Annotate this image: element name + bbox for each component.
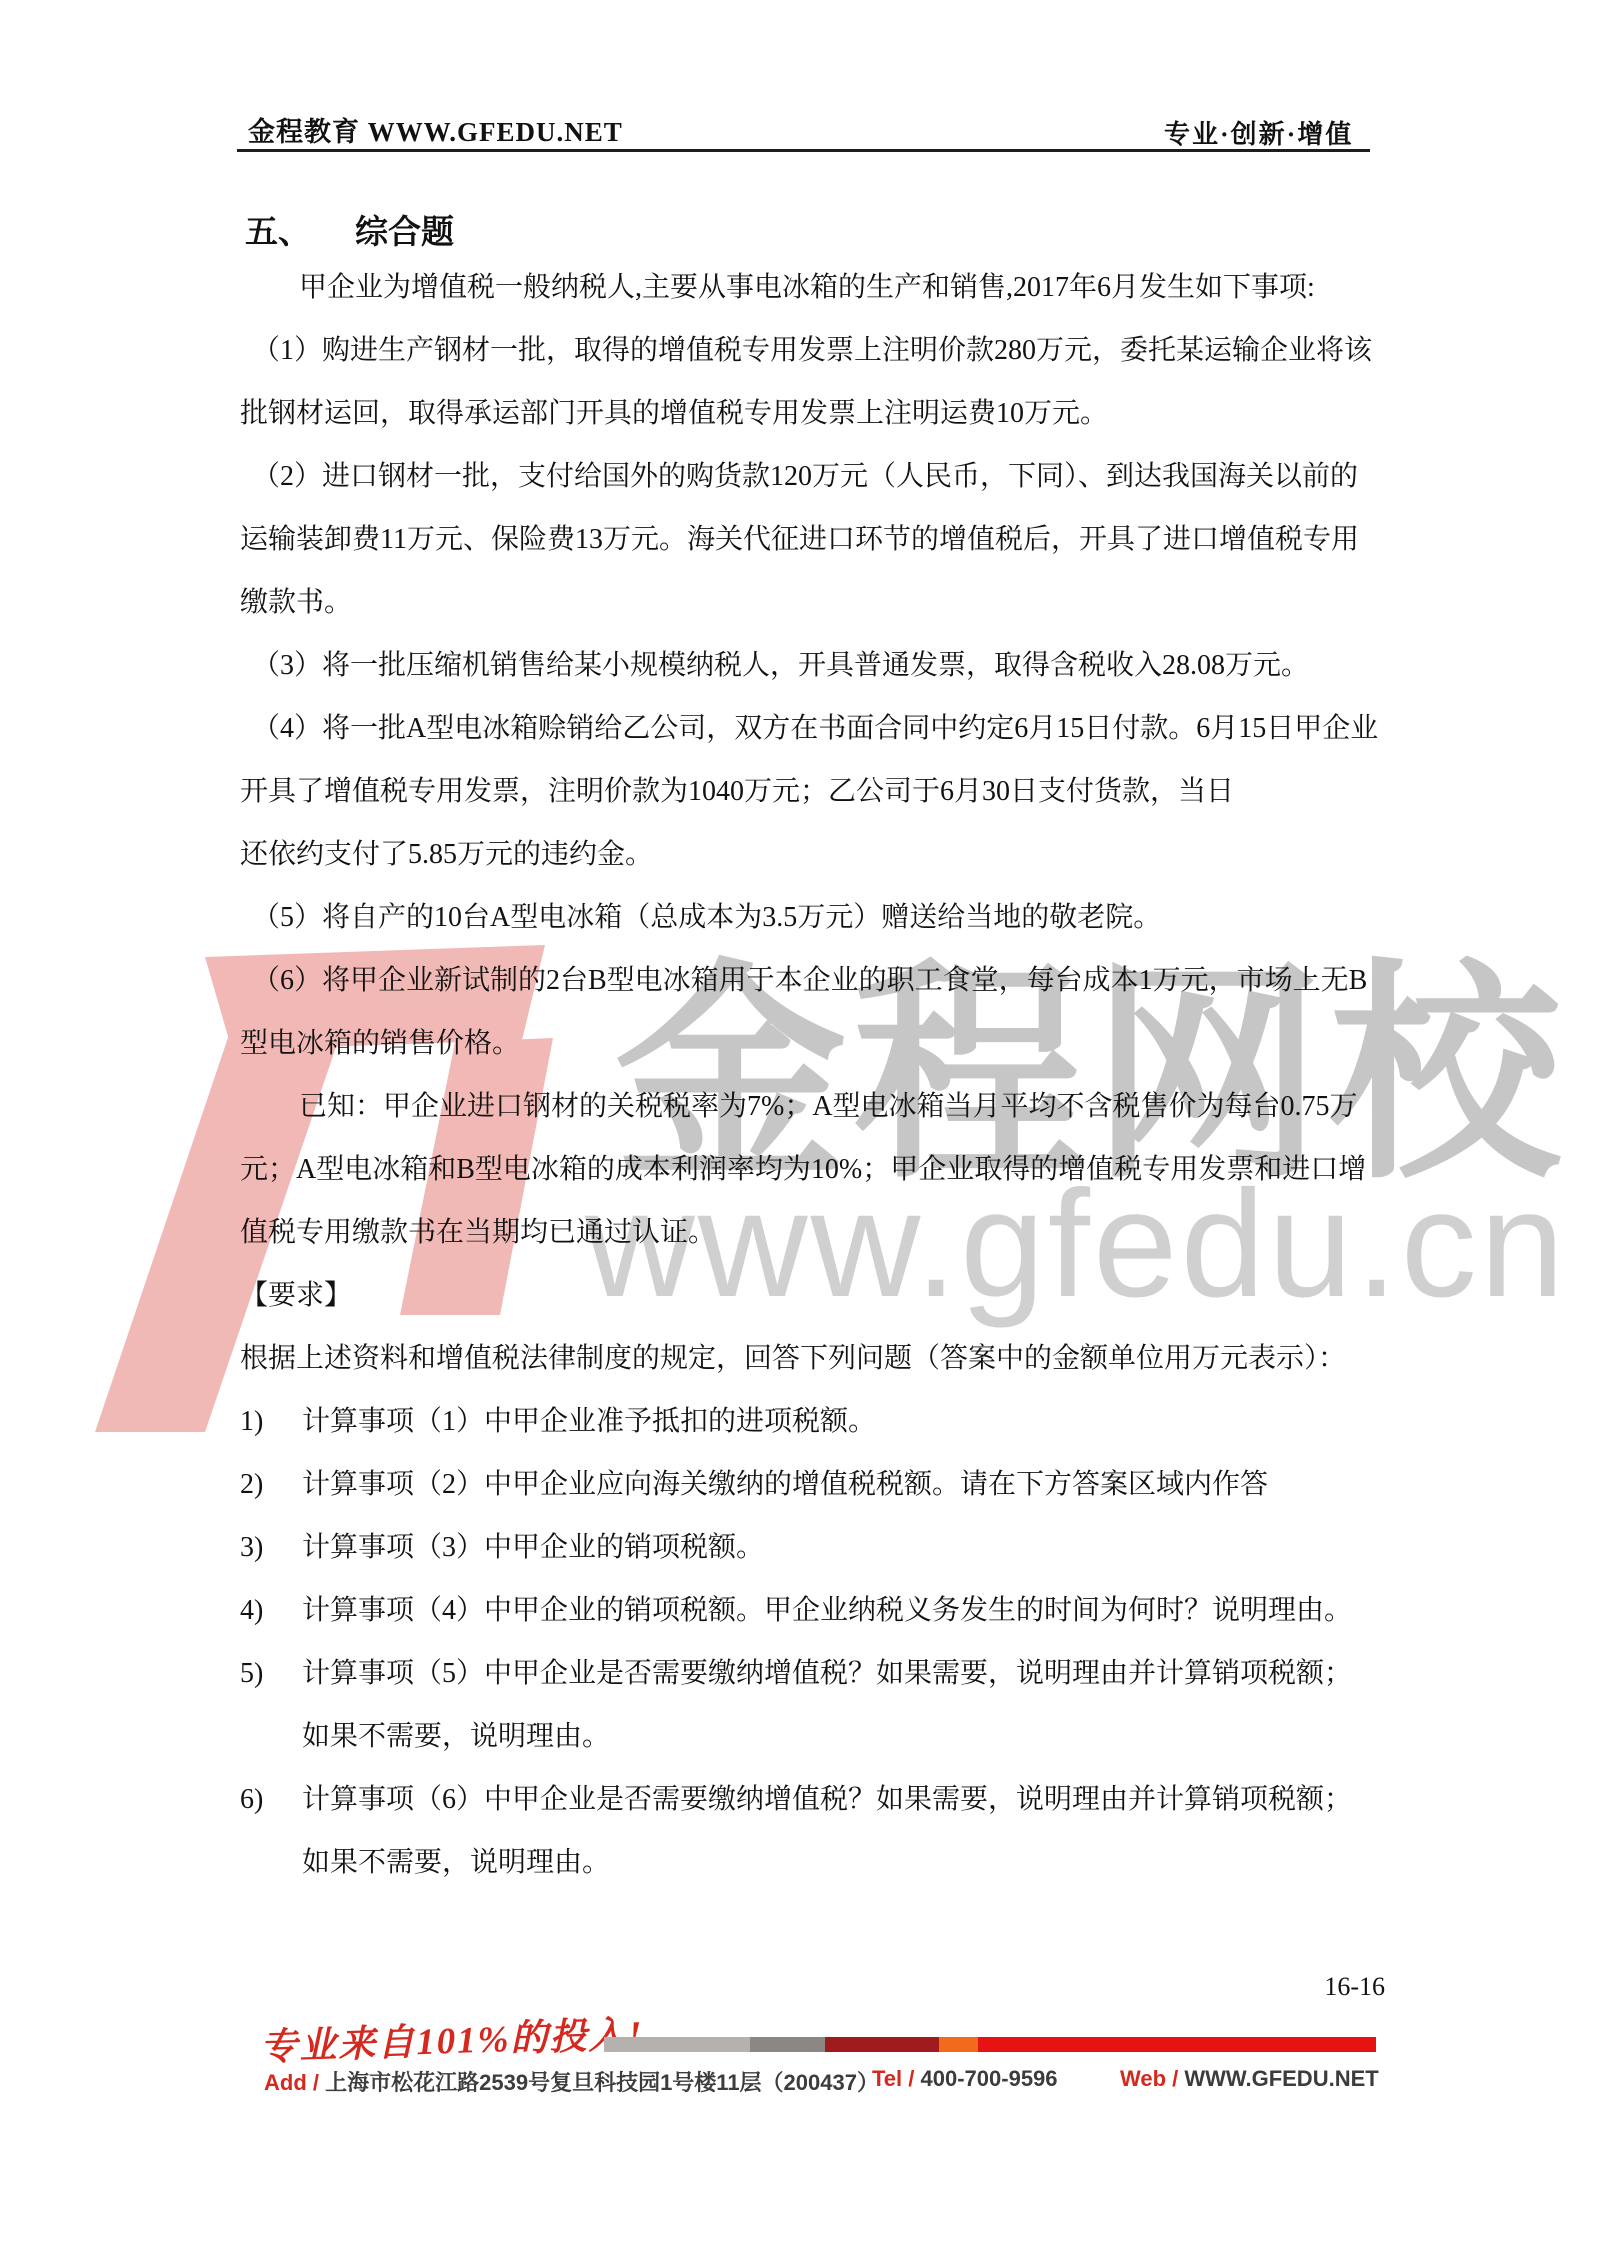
section-title-text: 综合题 [355,213,454,250]
document-body: 甲企业为增值税一般纳税人,主要从事电冰箱的生产和销售,2017年6月发生如下事项… [240,256,1380,1894]
address-value: 上海市松花江路2539号复旦科技园1号楼11层（200437） [325,2070,879,2095]
bar-segment [978,2037,1376,2052]
document-page: 金程教育 WWW.GFEDU.NET 专业·创新·增值 金程网校 www.gfe… [0,0,1600,2263]
section-number: 五、 [245,213,311,250]
question-item: 2)计算事项（2）中甲企业应向海关缴纳的增值税税额。请在下方答案区域内作答 [240,1453,1380,1516]
website-label: Web / [1120,2066,1178,2091]
question-text: 计算事项（5）中甲企业是否需要缴纳增值税？如果需要，说明理由并计算销项税额； [302,1658,1352,1689]
question-item: 3)计算事项（3）中甲企业的销项税额。 [240,1516,1380,1579]
text-line: （4）将一批A型电冰箱赊销给乙公司，双方在书面合同中约定6月15日付款。6月15… [240,697,1380,760]
question-number: 5) [240,1642,302,1705]
text-line: 甲企业为增值税一般纳税人,主要从事电冰箱的生产和销售,2017年6月发生如下事项… [240,256,1380,319]
footer-color-bar [604,2037,1376,2052]
text-line: （5）将自产的10台A型电冰箱（总成本为3.5万元）赠送给当地的敬老院。 [240,886,1380,949]
footer-contact: Add / 上海市松花江路2539号复旦科技园1号楼11层（200437） Te… [0,2066,1600,2100]
telephone-label: Tel / [872,2066,914,2091]
question-item: 1)计算事项（1）中甲企业准予抵扣的进项税额。 [240,1390,1380,1453]
text-line: 值税专用缴款书在当期均已通过认证。 [240,1201,1380,1264]
section-title: 五、综合题 [245,206,454,253]
address-label: Add / [264,2070,319,2095]
bar-segment [939,2037,978,2052]
footer-telephone: Tel / 400-700-9596 [872,2066,1058,2092]
bar-segment [750,2037,825,2052]
question-text: 计算事项（2）中甲企业应向海关缴纳的增值税税额。请在下方答案区域内作答 [302,1469,1268,1500]
text-line: 根据上述资料和增值税法律制度的规定，回答下列问题（答案中的金额单位用万元表示）： [240,1327,1380,1390]
text-line: 批钢材运回，取得承运部门开具的增值税专用发票上注明运费10万元。 [240,382,1380,445]
question-item: 6)计算事项（6）中甲企业是否需要缴纳增值税？如果需要，说明理由并计算销项税额； [240,1768,1380,1831]
question-text: 计算事项（1）中甲企业准予抵扣的进项税额。 [302,1406,876,1437]
question-number: 3) [240,1516,302,1579]
text-line: 还依约支付了5.85万元的违约金。 [240,823,1380,886]
website-value: WWW.GFEDU.NET [1184,2066,1378,2091]
text-line: 开具了增值税专用发票，注明价款为1040万元；乙公司于6月30日支付货款，当日 [240,760,1380,823]
question-item: 4)计算事项（4）中甲企业的销项税额。甲企业纳税义务发生的时间为何时？说明理由。 [240,1579,1380,1642]
text-line: （3）将一批压缩机销售给某小规模纳税人，开具普通发票，取得含税收入28.08万元… [240,634,1380,697]
question-text: 计算事项（4）中甲企业的销项税额。甲企业纳税义务发生的时间为何时？说明理由。 [302,1595,1352,1626]
text-line: 缴款书。 [240,571,1380,634]
requirement-label: 【要求】 [240,1264,1380,1327]
text-line: 运输装卸费11万元、保险费13万元。海关代征进口环节的增值税后，开具了进口增值税… [240,508,1380,571]
question-text: 计算事项（3）中甲企业的销项税额。 [302,1532,764,1563]
question-number: 6) [240,1768,302,1831]
telephone-value: 400-700-9596 [921,2066,1058,2091]
question-text-continued: 如果不需要，说明理由。 [240,1831,1380,1894]
text-line: （2）进口钢材一批，支付给国外的购货款120万元（人民币，下同）、到达我国海关以… [240,445,1380,508]
page-number: 16-16 [1240,1972,1385,2002]
question-number: 4) [240,1579,302,1642]
question-text: 计算事项（6）中甲企业是否需要缴纳增值税？如果需要，说明理由并计算销项税额； [302,1784,1352,1815]
text-line: 型电冰箱的销售价格。 [240,1012,1380,1075]
question-number: 2) [240,1453,302,1516]
bar-segment [604,2037,750,2052]
question-number: 1) [240,1390,302,1453]
footer-website: Web / WWW.GFEDU.NET [1120,2066,1379,2092]
bar-segment [825,2037,939,2052]
text-line: （1）购进生产钢材一批，取得的增值税专用发票上注明价款280万元，委托某运输企业… [240,319,1380,382]
question-text-continued: 如果不需要，说明理由。 [240,1705,1380,1768]
text-line: （6）将甲企业新试制的2台B型电冰箱用于本企业的职工食堂，每台成本1万元，市场上… [240,949,1380,1012]
question-item: 5)计算事项（5）中甲企业是否需要缴纳增值税？如果需要，说明理由并计算销项税额； [240,1642,1380,1705]
text-line: 已知：甲企业进口钢材的关税税率为7%；A型电冰箱当月平均不含税售价为每台0.75… [240,1075,1380,1138]
text-line: 元；A型电冰箱和B型电冰箱的成本利润率均为10%；甲企业取得的增值税专用发票和进… [240,1138,1380,1201]
footer-address: Add / 上海市松花江路2539号复旦科技园1号楼11层（200437） [264,2066,879,2097]
